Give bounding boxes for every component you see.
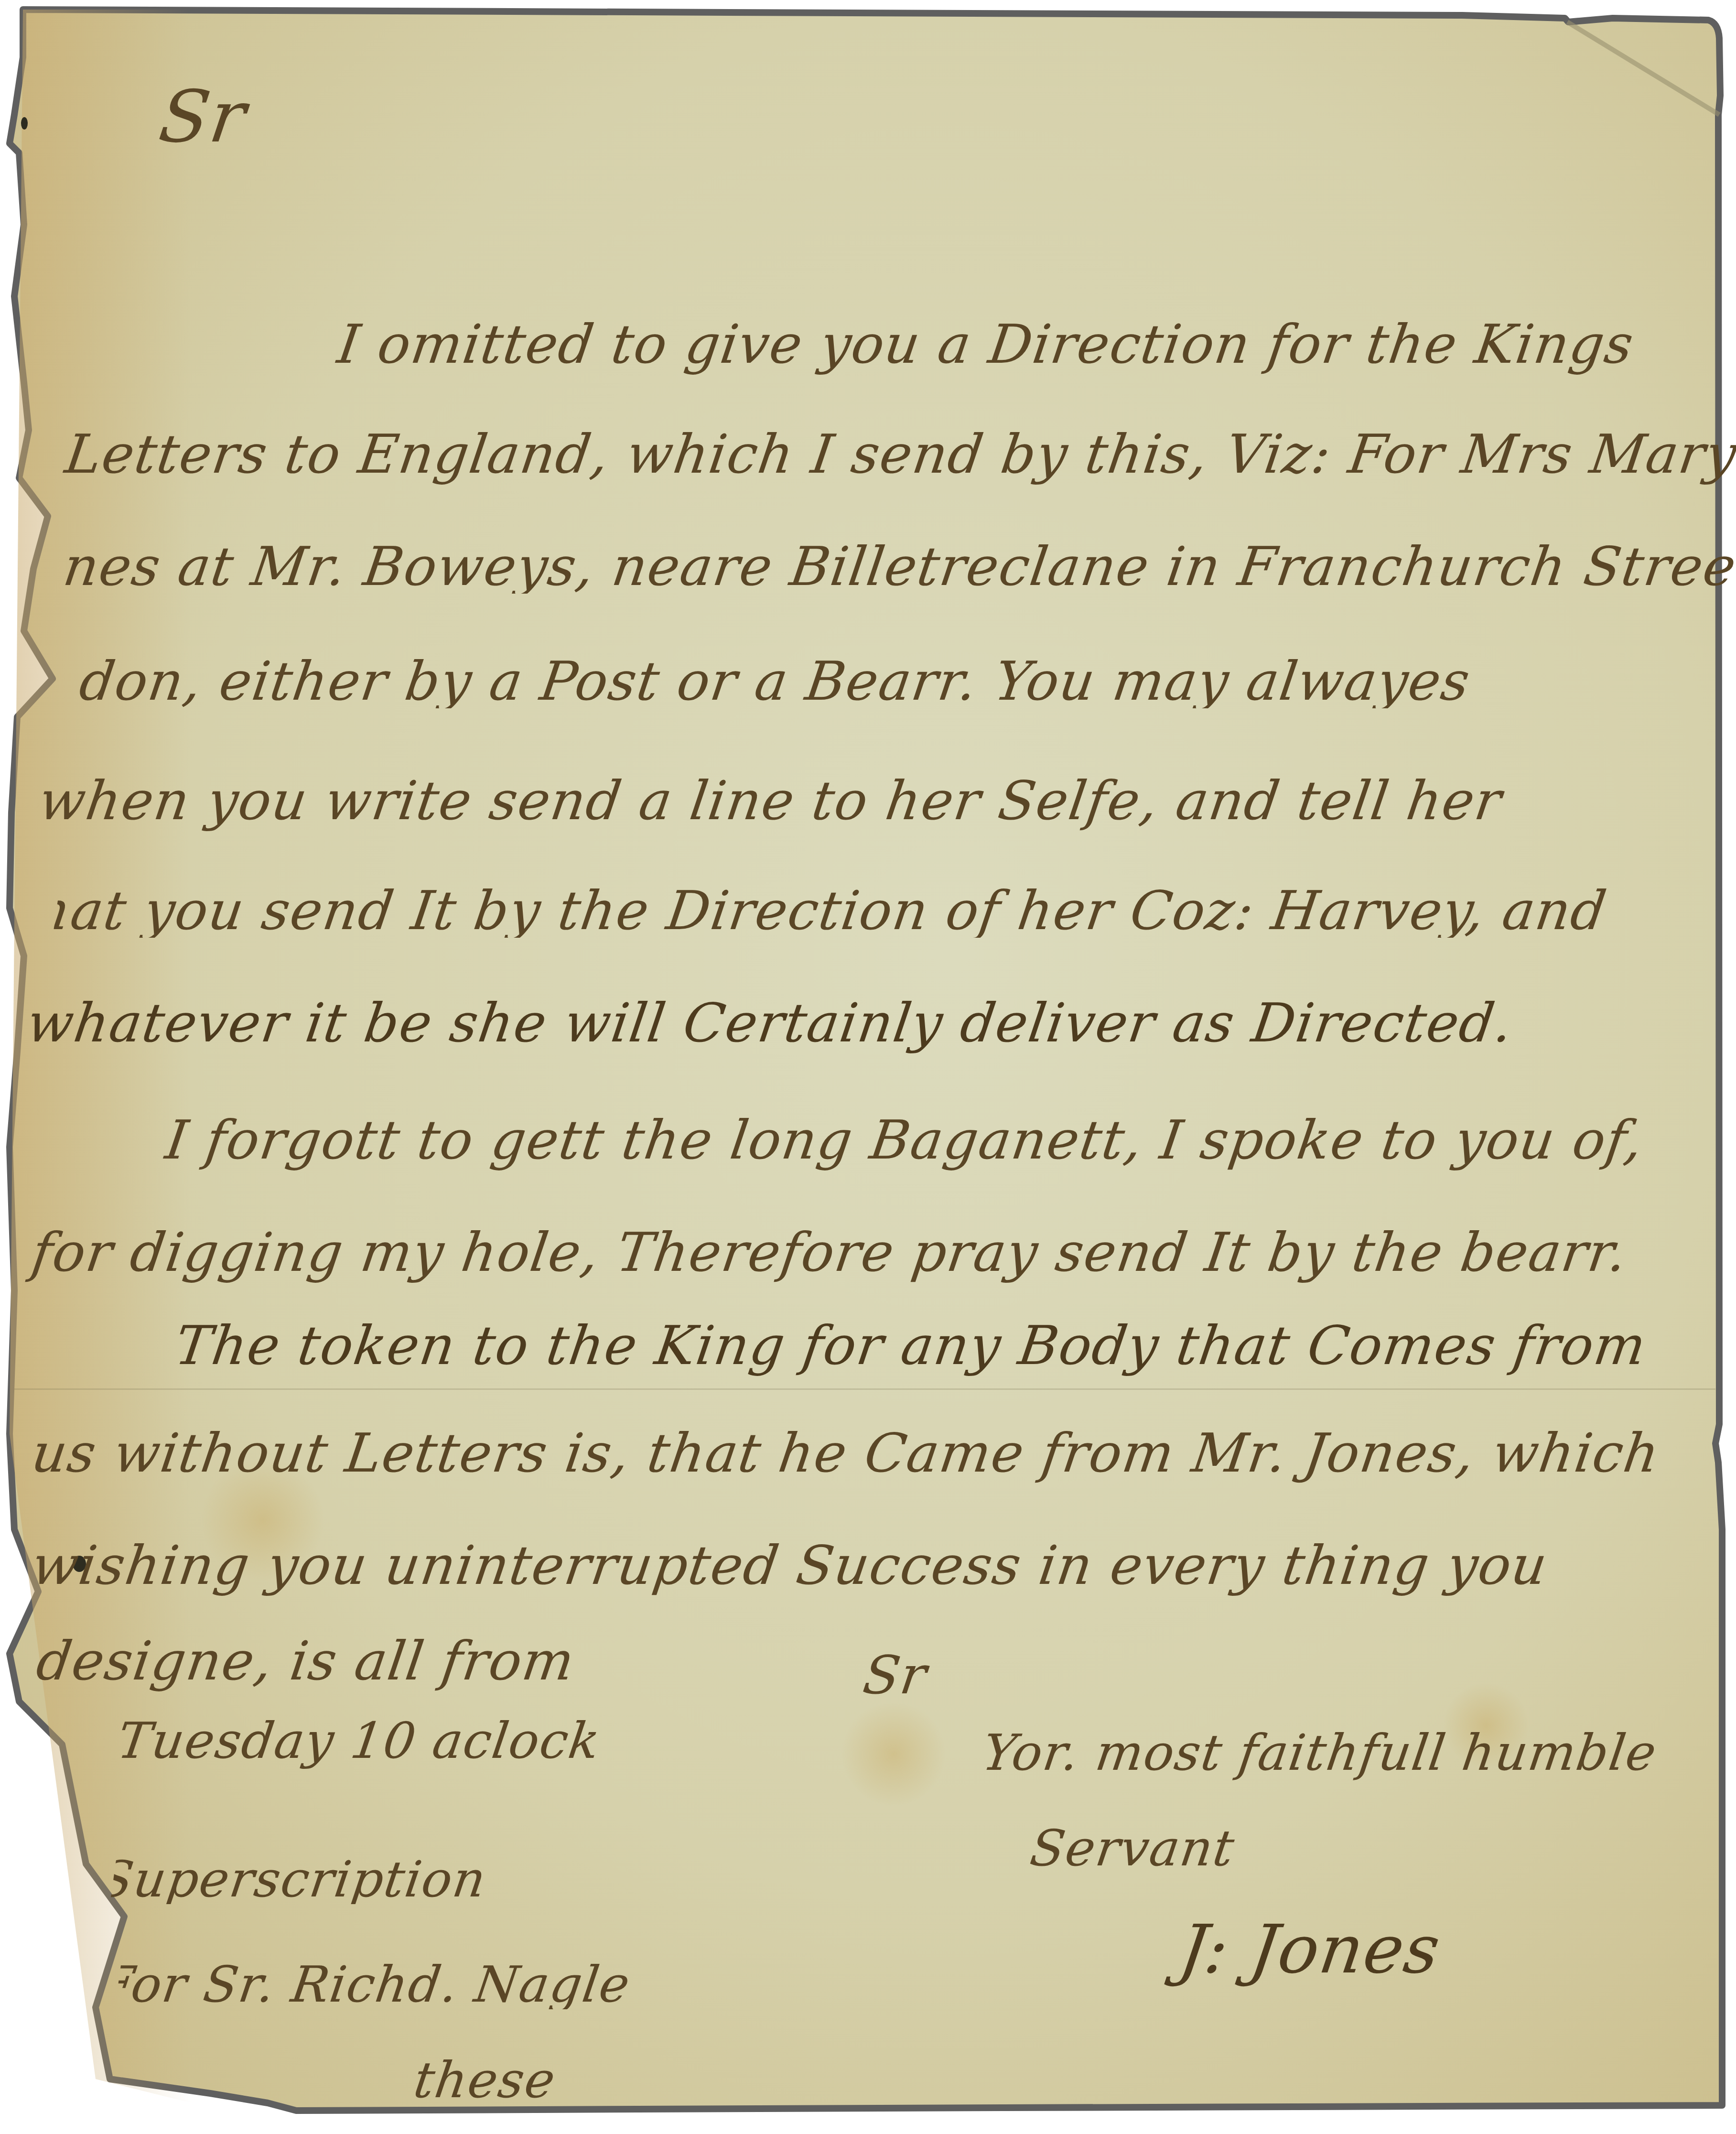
fold-crease xyxy=(14,1388,1715,1390)
ink-blot xyxy=(21,117,28,130)
dateline: Tuesday 10 aclock xyxy=(115,1716,604,1766)
body-line-1: I omitted to give you a Direction for th… xyxy=(334,318,1637,371)
body-line-9: for digging my hole, Therefore pray send… xyxy=(29,1226,1631,1279)
body-line-8: I forgott to gett the long Baganett, I s… xyxy=(162,1114,1647,1167)
body-line-4: London, either by a Post or a Bearr. You… xyxy=(0,655,1474,708)
letter-content: Sr I omitted to give you a Direction for… xyxy=(0,0,1736,2134)
body-line-2: Letters to England, which I send by this… xyxy=(62,428,1736,481)
salutation: Sr xyxy=(155,81,251,153)
closing-line-1: Yor. most faithfull humble xyxy=(980,1728,1660,1777)
body-line-13: designe, is all from xyxy=(33,1635,578,1688)
body-line-10: The token to the King for any Body that … xyxy=(172,1319,1650,1373)
superscription-addressee: For Sr. Richd. Nagle xyxy=(96,1960,634,2009)
body-line-7: whatever it be she will Certainly delive… xyxy=(24,997,1517,1050)
body-line-11: us without Letters is, that he Came from… xyxy=(29,1427,1663,1480)
closing-salutation: Sr xyxy=(860,1649,930,1701)
body-line-6: that you send It by the Direction of her… xyxy=(10,884,1610,938)
body-line-5: when you write send a line to her Selfe,… xyxy=(36,774,1506,828)
superscription-label: Superscription xyxy=(96,1854,490,1904)
superscription-these: these xyxy=(411,2055,559,2105)
paper-stain xyxy=(841,1701,946,1807)
body-line-12: wishing you uninterrupted Success in eve… xyxy=(29,1539,1551,1592)
body-line-3: Jones at Mr. Boweys, neare Billetreclane… xyxy=(5,540,1736,594)
closing-line-2: Servant xyxy=(1027,1823,1238,1873)
signature: J: Jones xyxy=(1175,1917,1445,1983)
